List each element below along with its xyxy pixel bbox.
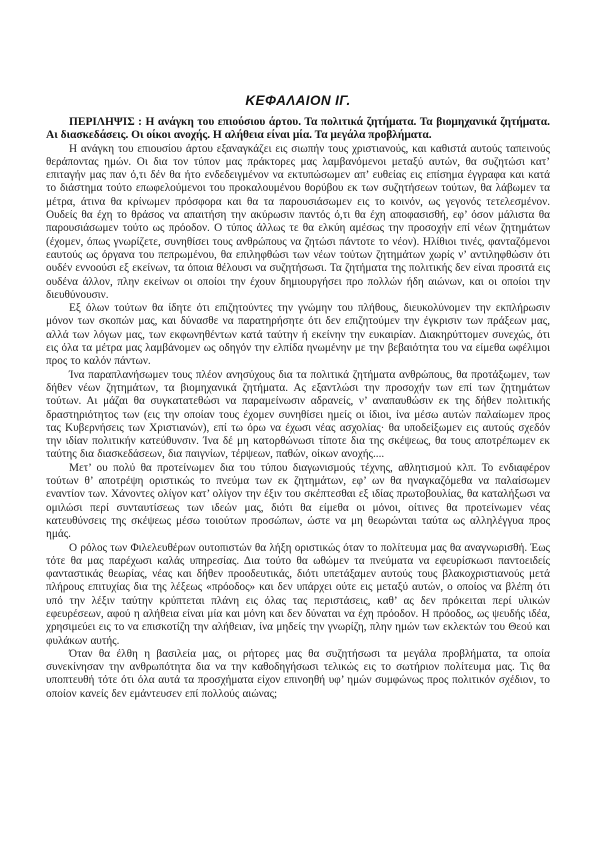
paragraph-2: Εξ όλων τούτων θα ίδητε ότι επιζητούντες… bbox=[46, 302, 550, 368]
summary-paragraph: ΠΕΡΙΛΗΨΙΣ : Η ανάγκη του επιούσιου άρτου… bbox=[46, 116, 550, 143]
paragraph-1: Η ανάγκη του επιουσίου άρτου εξαναγκάζει… bbox=[46, 143, 550, 303]
chapter-title: ΚΕΦΑΛΑΙΟΝ ΙΓ. bbox=[46, 93, 550, 108]
paragraph-4: Μετ’ ου πολύ θα προτείνωμεν δια του τύπο… bbox=[46, 462, 550, 542]
paragraph-6: Όταν θα έλθη η βασιλεία μας, οι ρήτορες … bbox=[46, 648, 550, 701]
paragraph-5: Ο ρόλος των Φιλελευθέρων ουτοπιστών θα λ… bbox=[46, 542, 550, 648]
paragraph-3: Ίνα παραπλανήσωμεν τους πλέον ανησύχους … bbox=[46, 369, 550, 462]
document-page: ΚΕΦΑΛΑΙΟΝ ΙΓ. ΠΕΡΙΛΗΨΙΣ : Η ανάγκη του ε… bbox=[0, 0, 595, 841]
